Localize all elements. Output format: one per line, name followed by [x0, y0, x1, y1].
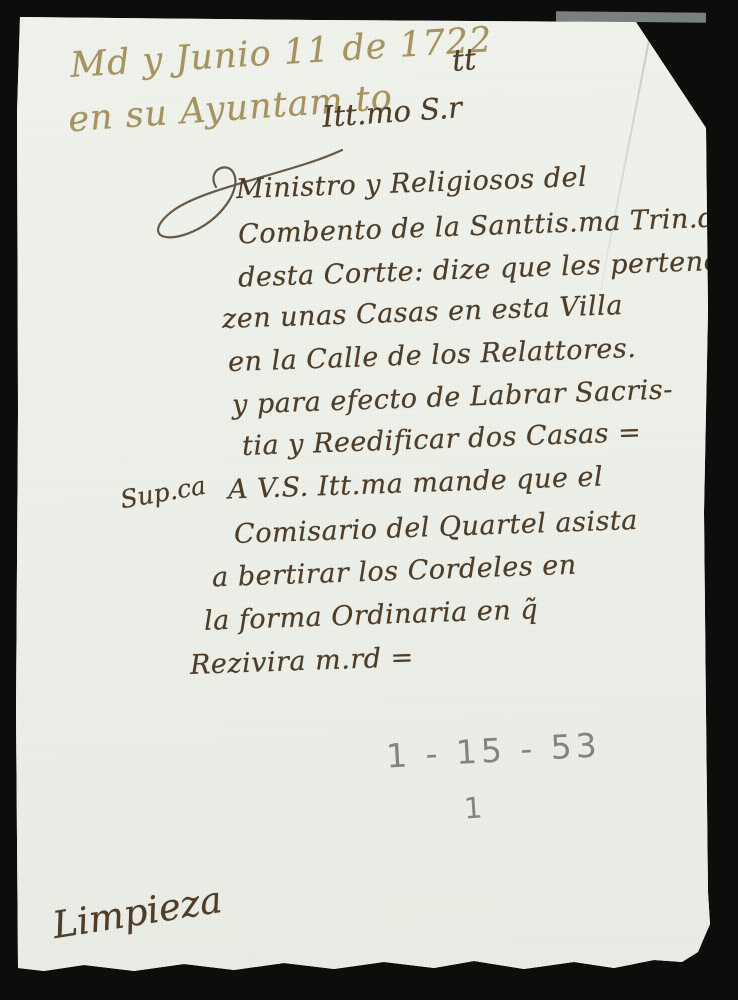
document-paper: Md y Junio 11 de 1722 en su Ayuntam.to t… [14, 12, 726, 974]
body-line: Comisario del Quartel asista [234, 507, 639, 548]
body-line: a bertirar los Cordeles en [212, 552, 577, 592]
tt-mark: tt [451, 45, 478, 77]
archival-reference-number: 1 - 15 - 53 [385, 728, 601, 772]
body-line: la forma Ordinaria en q̃ [204, 596, 539, 635]
scanner-background: Md y Junio 11 de 1722 en su Ayuntam.to t… [0, 0, 738, 1000]
annotation-date-line: Md y Junio 11 de 1722 [69, 23, 493, 84]
margin-note-suplica: Sup.ca [118, 473, 207, 513]
body-line: y para efecto de Labrar Sacris- [232, 376, 674, 418]
page-edge-sliver [556, 11, 706, 23]
body-line: A V.S. Itt.ma mande que el [228, 463, 604, 503]
body-line: tia y Reedificar dos Casas = [242, 419, 642, 460]
body-line: zen unas Casas en esta Villa [222, 292, 624, 333]
body-line: desta Cortte: dize que les pertene- [238, 247, 730, 291]
body-line: Rezivira m.rd = [190, 644, 415, 679]
salutation-line: Itt.mo S.r [321, 93, 463, 132]
body-line: en la Calle de los Relattores. [228, 335, 637, 376]
category-note-limpieza: Limpieza [50, 881, 224, 944]
folio-number: 1 [463, 793, 483, 823]
